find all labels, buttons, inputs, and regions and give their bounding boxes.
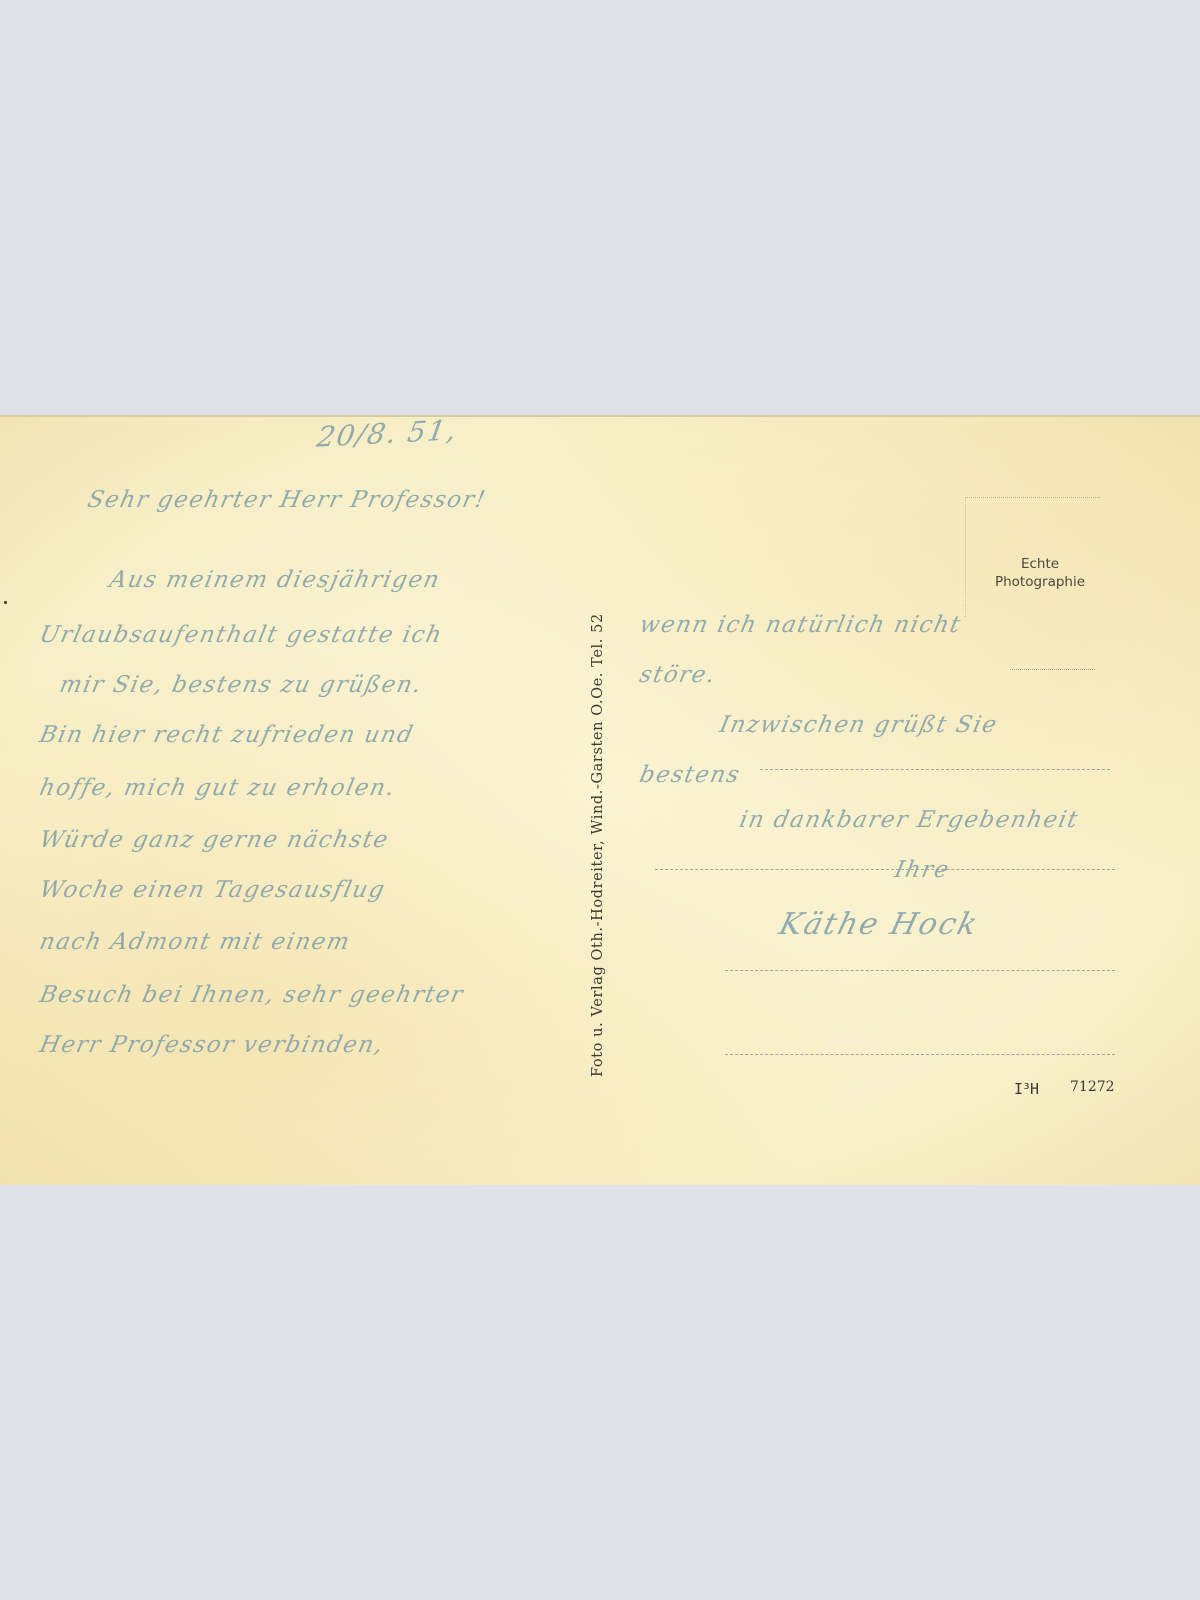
letter-line: bestens <box>637 762 743 788</box>
letter-line: hoffe, mich gut zu erholen. <box>37 775 398 801</box>
letter-line: Würde ganz gerne nächste <box>37 827 391 853</box>
salutation: Sehr geehrter Herr Professor! <box>85 487 489 513</box>
photo-label-line1: Echte <box>960 555 1120 573</box>
letter-line: Inzwischen grüßt Sie <box>717 712 1000 738</box>
publisher-mark: I³H <box>1014 1080 1038 1098</box>
letter-line: Urlaubsaufenthalt gestatte ich <box>37 622 445 648</box>
letter-line: Besuch bei Ihnen, sehr geehrter <box>37 982 466 1008</box>
address-line <box>725 1054 1115 1055</box>
address-line <box>760 769 1110 770</box>
letter-line: Aus meinem diesjährigen <box>107 567 443 593</box>
address-line <box>725 970 1115 971</box>
letter-line: in dankbarer Ergebenheit <box>737 807 1081 833</box>
letter-line: wenn ich natürlich nicht <box>637 612 964 638</box>
card-number: 71272 <box>1070 1079 1115 1095</box>
letter-line: störe. <box>637 662 718 688</box>
photo-label-line2: Photographie <box>960 573 1120 591</box>
letter-line: mir Sie, bestens zu grüßen. <box>57 672 425 698</box>
stamp-area-top-border <box>965 497 1100 498</box>
handwritten-date: 20/8. 51, <box>315 413 460 453</box>
publisher-imprint: Foto u. Verlag Oth.-Hodreiter, Wind.-Gar… <box>590 613 606 1077</box>
letter-line: Woche einen Tagesausflug <box>37 877 388 903</box>
letter-line: Herr Professor verbinden, <box>37 1032 386 1058</box>
address-line <box>1010 669 1095 670</box>
paper-speck <box>4 601 7 604</box>
postcard-back: 20/8. 51, Sehr geehrter Herr Professor! … <box>0 415 1200 1185</box>
letter-line: Bin hier recht zufrieden und <box>37 722 416 748</box>
signature: Käthe Hock <box>776 907 983 942</box>
address-line <box>655 869 1115 870</box>
photo-label: Echte Photographie <box>960 555 1120 591</box>
letter-line: nach Admont mit einem <box>37 929 353 955</box>
letter-line: Ihre <box>892 857 952 883</box>
